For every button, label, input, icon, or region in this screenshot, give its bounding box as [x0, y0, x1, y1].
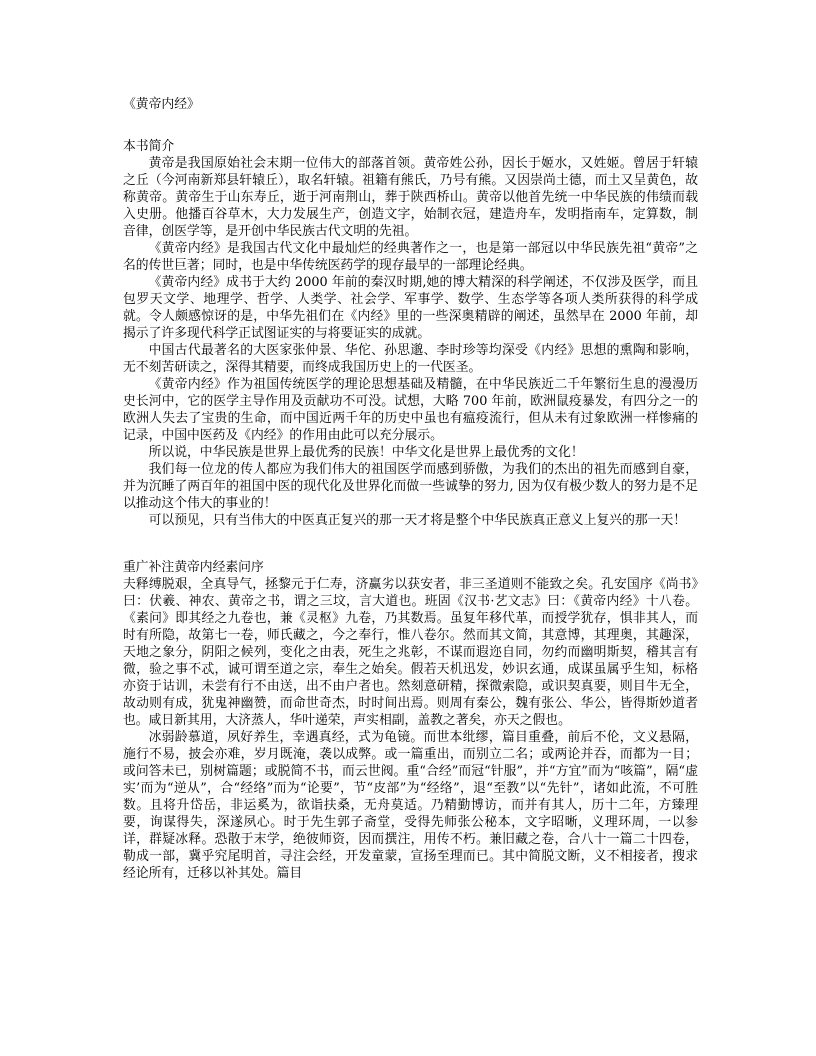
document-title: 《黄帝内经》	[123, 96, 698, 113]
section-heading-intro: 本书简介	[123, 138, 698, 155]
section-heading-preface: 重广补注黄帝内经素问序	[123, 559, 698, 576]
paragraph-intro-8: 可以预见，只有当伟大的中医真正复兴的那一天才将是整个中华民族真正意义上复兴的那一…	[123, 512, 698, 529]
paragraph-intro-2: 《黄帝内经》是我国古代文化中最灿烂的经典著作之一，也是第一部冠以中华民族先祖“黄…	[123, 240, 698, 274]
paragraph-intro-5: 《黄帝内经》作为祖国传统医学的理论思想基础及精髓，在中华民族近二千年繁衍生息的漫…	[123, 376, 698, 444]
paragraph-intro-7: 我们每一位龙的传人都应为我们伟大的祖国医学而感到骄傲，为我们的杰出的祖先而感到自…	[123, 461, 698, 512]
paragraph-intro-3: 《黄帝内经》成书于大约 2000 年前的秦汉时期,她的博大精深的科学阐述，不仅涉…	[123, 274, 698, 342]
document-content: 《黄帝内经》 本书简介 黄帝是我国原始社会末期一位伟大的部落首领。黄帝姓公孙，因…	[123, 96, 698, 882]
paragraph-intro-6: 所以说，中华民族是世界上最优秀的民族！中华文化是世界上最优秀的文化！	[123, 444, 698, 461]
paragraph-intro-1: 黄帝是我国原始社会末期一位伟大的部落首领。黄帝姓公孙，因长于姬水，又姓姬。曾居于…	[123, 155, 698, 240]
paragraph-preface-2: 冰弱龄慕道，夙好养生，幸遇真经，式为龟镜。而世本纰缪，篇目重叠，前后不伦，文义悬…	[123, 729, 698, 882]
document-page: 《黄帝内经》 本书简介 黄帝是我国原始社会末期一位伟大的部落首领。黄帝姓公孙，因…	[0, 0, 816, 1056]
paragraph-preface-1: 夫释缚脱艰，全真导气，拯黎元于仁寿，济赢劣以获安者，非三圣道则不能致之矣。孔安国…	[123, 576, 698, 729]
paragraph-intro-4: 中国古代最著名的大医家张仲景、华佗、孙思邈、李时珍等均深受《内经》思想的熏陶和影…	[123, 342, 698, 376]
spacer	[123, 113, 698, 138]
spacer	[123, 529, 698, 559]
